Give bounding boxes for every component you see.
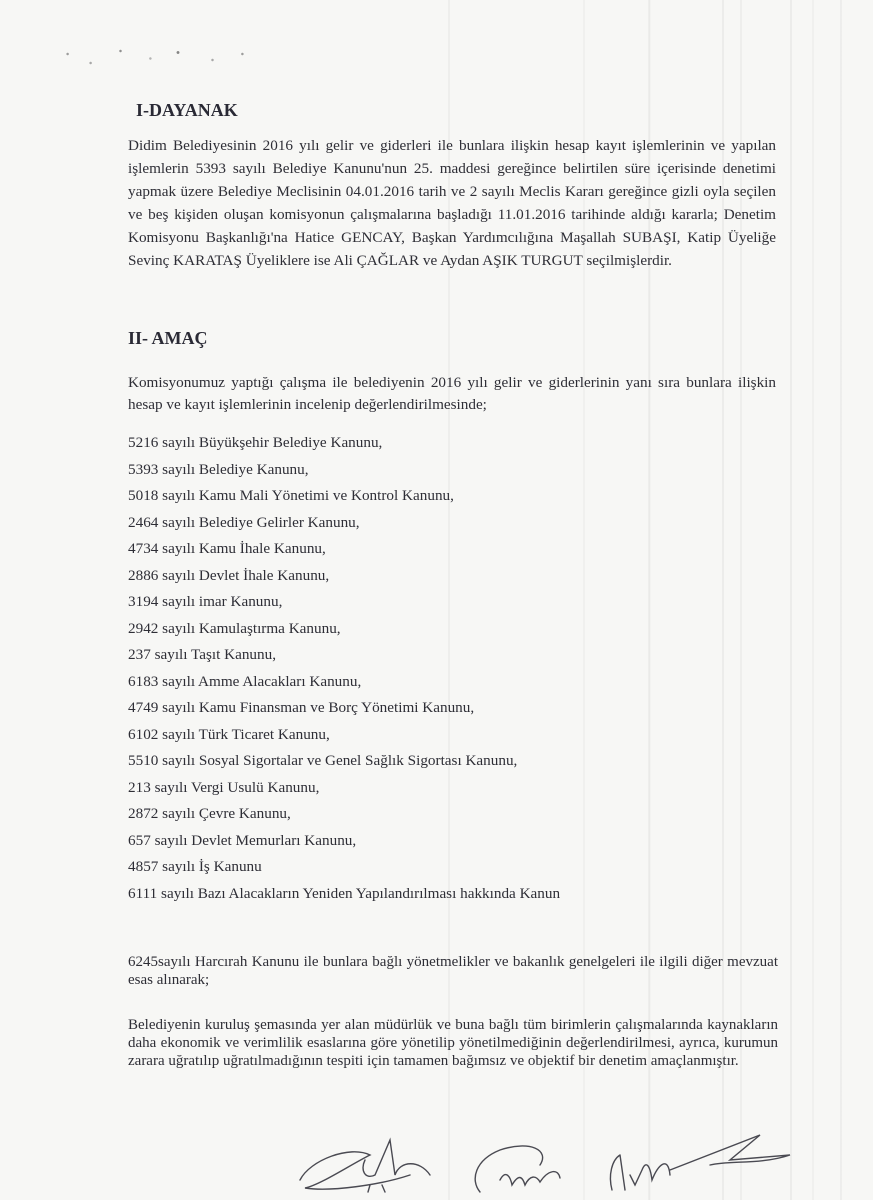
law-list-item: 5216 sayılı Büyükşehir Belediye Kanunu, (128, 430, 560, 457)
law-list-item: 2886 sayılı Devlet İhale Kanunu, (128, 563, 560, 590)
conclusion-paragraph: Belediyenin kuruluş şemasında yer alan m… (128, 1016, 778, 1070)
law-list-item: 2464 sayılı Belediye Gelirler Kanunu, (128, 510, 560, 537)
law-list-item: 657 sayılı Devlet Memurları Kanunu, (128, 828, 560, 855)
law-list-item: 3194 sayılı imar Kanunu, (128, 589, 560, 616)
law-list-item: 5510 sayılı Sosyal Sigortalar ve Genel S… (128, 748, 560, 775)
law-list-item: 6102 sayılı Türk Ticaret Kanunu, (128, 722, 560, 749)
law-list-item: 237 sayılı Taşıt Kanunu, (128, 642, 560, 669)
law-list-item: 2872 sayılı Çevre Kanunu, (128, 801, 560, 828)
law-list-item: 6183 sayılı Amme Alacakları Kanunu, (128, 669, 560, 696)
harcirah-paragraph: 6245sayılı Harcırah Kanunu ile bunlara b… (128, 953, 778, 989)
dayanak-paragraph: Didim Belediyesinin 2016 yılı gelir ve g… (128, 134, 776, 272)
law-list-item: 2942 sayılı Kamulaştırma Kanunu, (128, 616, 560, 643)
law-list-item: 6111 sayılı Bazı Alacakların Yeniden Yap… (128, 881, 560, 908)
law-list: 5216 sayılı Büyükşehir Belediye Kanunu,5… (128, 430, 560, 907)
law-list-item: 5393 sayılı Belediye Kanunu, (128, 457, 560, 484)
law-list-item: 4749 sayılı Kamu Finansman ve Borç Yönet… (128, 695, 560, 722)
law-list-item: 4734 sayılı Kamu İhale Kanunu, (128, 536, 560, 563)
law-list-item: 213 sayılı Vergi Usulü Kanunu, (128, 775, 560, 802)
scan-speckle (40, 42, 270, 72)
section-heading-dayanak: I-DAYANAK (136, 100, 238, 121)
signature-2 (475, 1146, 560, 1192)
law-list-item: 5018 sayılı Kamu Mali Yönetimi ve Kontro… (128, 483, 560, 510)
amac-intro-paragraph: Komisyonumuz yaptığı çalışma ile belediy… (128, 372, 776, 416)
signature-block (290, 1130, 830, 1195)
law-list-item: 4857 sayılı İş Kanunu (128, 854, 560, 881)
signature-3 (610, 1135, 790, 1190)
signature-1 (300, 1140, 430, 1192)
section-heading-amac: II- AMAÇ (128, 328, 208, 349)
